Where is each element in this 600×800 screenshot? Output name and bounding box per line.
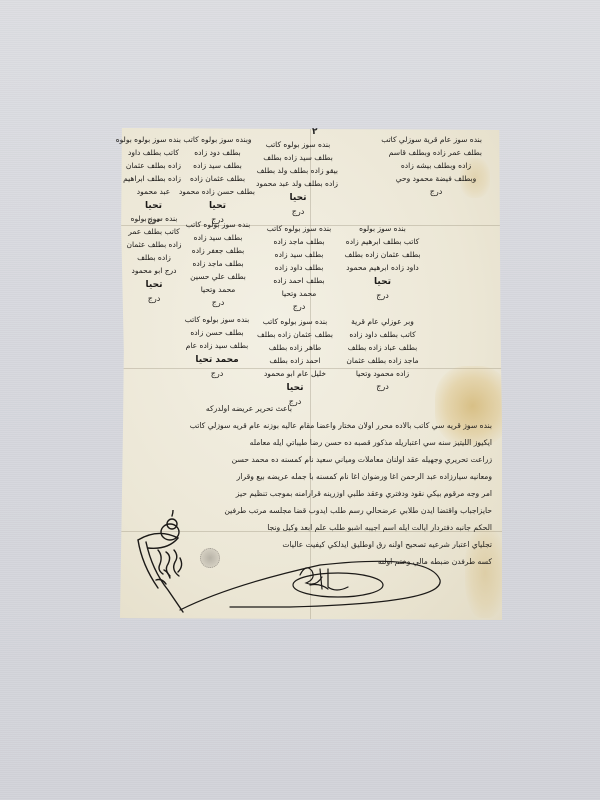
witness-block: وبر عوزلي عام قرية كاتب بطلف داود زاده ب… [340, 315, 425, 393]
witness-block: بنده سوز بولوه كاتب بطلف عثمان زاده بطلف… [255, 315, 335, 408]
body-line: الحكم جانبه دفتردار ايالت ايله اسم اجيبه… [172, 519, 492, 536]
body-line: ايكيوز الليتيز سنه سي اعتباريله مذكور قص… [130, 434, 492, 451]
body-line: ومعانيه سيارزاده عبد الرحمن اغا ورضوان ا… [130, 468, 492, 485]
witness-block: بنده سوز بولوه كاتب بطلف عمر زاده بطلف ع… [126, 212, 182, 305]
witness-block: بنده سوز بولوه كاتب بطلف سيد زاده بطلف ب… [258, 138, 338, 218]
body-line: تجلياي اعتبار شرعيه تصحيح اولنه رق اوطلي… [192, 536, 492, 553]
witness-block: وبنده سوز بولوه كاتب بطلف دود زاده بطلف … [180, 133, 255, 226]
witness-block: بنده سوز بولوه كاتب بطلف سيد زاده بطلف ج… [182, 218, 254, 309]
signature-flourish [170, 555, 470, 615]
witness-block: بنده سوز بولوه كاتب بطلف ماجد زاده بطلف … [260, 222, 338, 313]
witness-block: بنده سوز بولوه كاتب بطلف ابرهيم زاده بطل… [340, 222, 425, 302]
witness-block: بنده سوز بولوه كاتب بطلف حسن زاده بطلف س… [182, 313, 252, 380]
body-line: بنده سوز قريه سي كاتب بالاده محرر اولان … [130, 417, 492, 434]
body-line: زراعت تحريري وجهيله عقد اولنان معاملات و… [130, 451, 492, 468]
body-heading: باعث تحرير عريضه اولدركه [130, 400, 292, 417]
witness-block: بنده سوز عام قرية سوزلي كاتب بطلف عمر زا… [390, 133, 482, 198]
body-line: امر وجه مرقوم بيكي نقود ودفتري وعقد طلبي… [130, 485, 492, 502]
page-number: ٢ [312, 127, 318, 137]
